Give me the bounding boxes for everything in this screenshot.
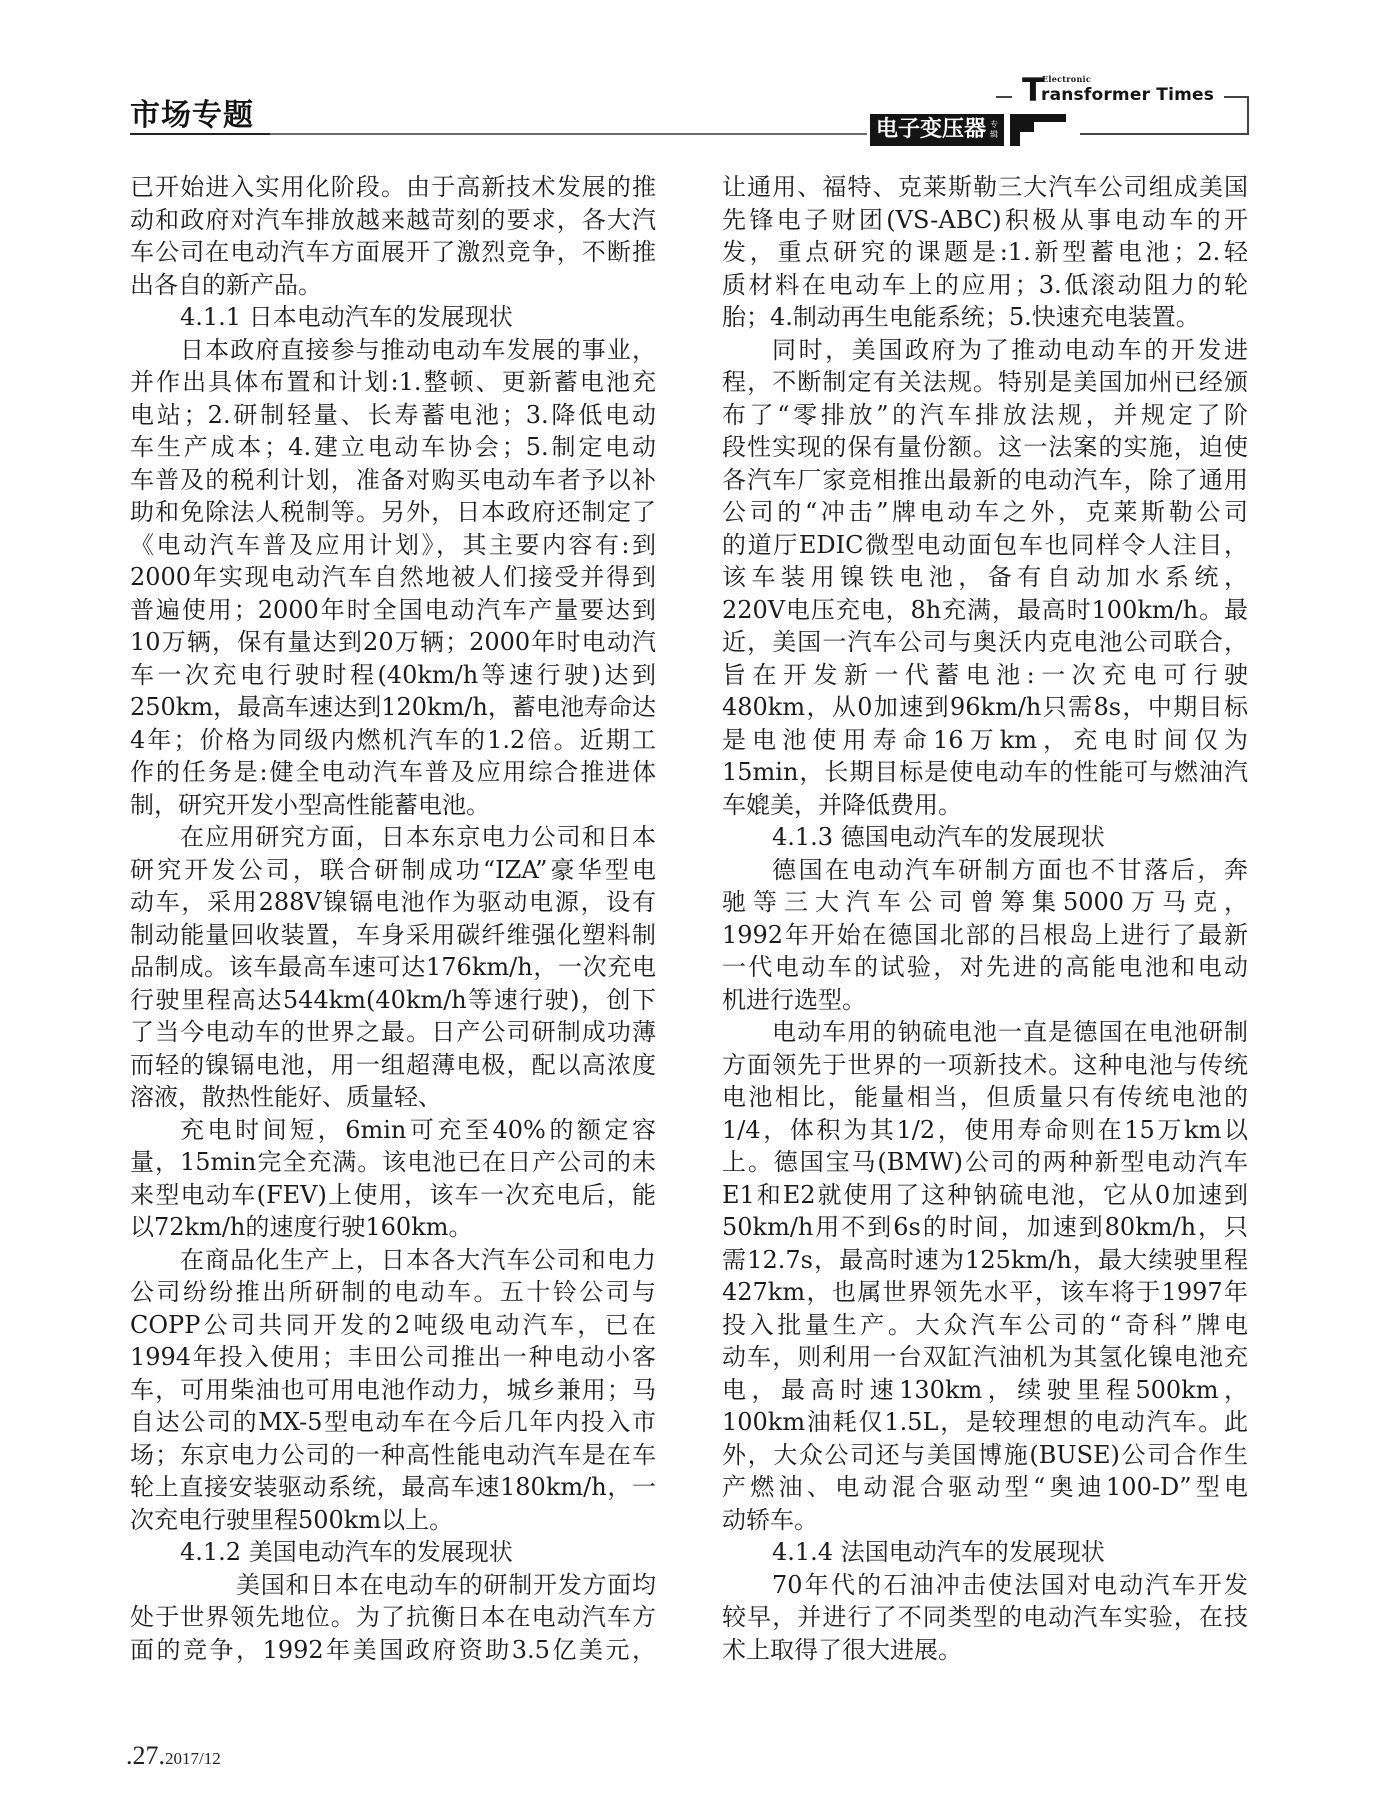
- section-heading: 4.1.3 德国电动汽车的发展现状: [722, 821, 1248, 854]
- brand-dash: [996, 96, 1012, 98]
- text-line: 面的竞争，1992年美国政府资助3.5亿美元，: [130, 1634, 656, 1667]
- journal-badge: 电子变压器 专 辑: [870, 114, 1004, 146]
- text-line: 先锋电子财团(VS-ABC)积极从事电动车的开: [722, 204, 1248, 237]
- text-line: 来型电动车(FEV)上使用，该车一次充电后，能: [130, 1179, 656, 1212]
- text-line: 近，美国一汽车公司与奥沃内克电池公司联合，: [722, 626, 1248, 659]
- text-line: 10万辆，保有量达到20万辆；2000年时电动汽: [130, 626, 656, 659]
- text-line: 而轻的镍镉电池，用一组超薄电极，配以高浓度: [130, 1049, 656, 1082]
- badge-step-decoration: [1010, 114, 1066, 122]
- text-line: 250km，最高车速达到120km/h，蓄电池寿命达: [130, 691, 656, 724]
- text-line: 胎；4.制动再生电能系统；5.快速充电装置。: [722, 301, 1248, 334]
- text-line: 车媲美，并降低费用。: [722, 789, 1248, 822]
- badge-subtext-char: 专: [990, 120, 998, 130]
- text-line: 投入批量生产。大众汽车公司的“奇科”牌电: [722, 1309, 1248, 1342]
- journal-badge-subtext: 专 辑: [988, 114, 1004, 146]
- text-line: 同时，美国政府为了推动电动车的开发进: [722, 334, 1248, 367]
- text-line: 行驶里程高达544km(40km/h等速行驶)，创下: [130, 984, 656, 1017]
- text-line: 自达公司的MX-5型电动车在今后几年内投入市: [130, 1406, 656, 1439]
- text-line: 电动车用的钠硫电池一直是德国在电池研制: [722, 1016, 1248, 1049]
- text-line: 轮上直接安装驱动系统，最高车速180km/h，一: [130, 1471, 656, 1504]
- text-line: 在应用研究方面，日本东京电力公司和日本: [130, 821, 656, 854]
- text-line: 在商品化生产上，日本各大汽车公司和电力: [130, 1244, 656, 1277]
- text-line: 处于世界领先地位。为了抗衡日本在电动汽车方: [130, 1601, 656, 1634]
- text-line: 100km油耗仅1.5L，是较理想的电动汽车。此: [722, 1406, 1248, 1439]
- text-line: 作的任务是:健全电动汽车普及应用综合推进体: [130, 756, 656, 789]
- text-line: 产燃油、电动混合驱动型“奥迪100-D”型电: [722, 1471, 1248, 1504]
- text-line: E1和E2就使用了这种钠硫电池，它从0加速到: [722, 1179, 1248, 1212]
- text-line: 充电时间短，6min可充至40%的额定容: [130, 1114, 656, 1147]
- text-line: 质材料在电动车上的应用；3.低滚动阻力的轮: [722, 269, 1248, 302]
- header-bracket-top: [1224, 96, 1249, 98]
- text-line: 德国在电动汽车研制方面也不甘落后，奔: [722, 854, 1248, 887]
- text-line: 220V电压充电，8h充满，最高时100km/h。最: [722, 594, 1248, 627]
- page-footer: .27.2017/12: [126, 1741, 221, 1771]
- text-line: 电池相比，能量相当，但质量只有传统电池的: [722, 1081, 1248, 1114]
- text-line: 15min，长期目标是使电动车的性能可与燃油汽: [722, 756, 1248, 789]
- text-line: 制，研究开发小型高性能蓄电池。: [130, 789, 656, 822]
- badge-step-decoration: [1010, 132, 1020, 146]
- text-line: 动和政府对汽车排放越来越苛刻的要求，各大汽: [130, 204, 656, 237]
- text-line: 车普及的税利计划，准备对购买电动车者予以补: [130, 464, 656, 497]
- page-number: .27.: [126, 1741, 165, 1770]
- text-line: 1992年开始在德国北部的吕根岛上进行了最新: [722, 919, 1248, 952]
- text-line: 动车，采用288V镍镉电池作为驱动电源，设有: [130, 886, 656, 919]
- text-line: 布了“零排放”的汽车排放法规，并规定了阶: [722, 399, 1248, 432]
- header-bracket: [1247, 96, 1249, 135]
- text-line: 车公司在电动汽车方面展开了激烈竞争，不断推: [130, 236, 656, 269]
- text-line: 外，大众公司还与美国博施(BUSE)公司合作生: [722, 1439, 1248, 1472]
- header-rule-right: [1080, 133, 1249, 135]
- badge-subtext-char: 辑: [990, 130, 998, 140]
- text-line: 1/4，体积为其1/2，使用寿命则在15万km以: [722, 1114, 1248, 1147]
- text-line: 助和免除法人税制等。另外，日本政府还制定了: [130, 496, 656, 529]
- text-line: 动轿车。: [722, 1504, 1248, 1537]
- text-line: 并作出具体布置和计划:1.整顿、更新蓄电池充: [130, 366, 656, 399]
- section-heading: 4.1.4 法国电动汽车的发展现状: [722, 1536, 1248, 1569]
- text-line: 需12.7s，最高时速为125km/h，最大续驶里程: [722, 1244, 1248, 1277]
- text-line: 2000年实现电动汽车自然地被人们接受并得到: [130, 561, 656, 594]
- text-line: 是电池使用寿命16万km，充电时间仅为: [722, 724, 1248, 757]
- text-line: 驰等三大汽车公司曾筹集5000万马克，: [722, 886, 1248, 919]
- text-line: 已开始进入实用化阶段。由于高新技术发展的推: [130, 171, 656, 204]
- text-line: 电，最高时速130km，续驶里程500km，: [722, 1374, 1248, 1407]
- text-line: 上。德国宝马(BMW)公司的两种新型电动汽车: [722, 1146, 1248, 1179]
- text-line: 品制成。该车最高车速可达176km/h，一次充电: [130, 951, 656, 984]
- text-line: 发，重点研究的课题是:1.新型蓄电池；2.轻: [722, 236, 1248, 269]
- text-line: 了当今电动车的世界之最。日产公司研制成功薄: [130, 1016, 656, 1049]
- article-column-left: 已开始进入实用化阶段。由于高新技术发展的推动和政府对汽车排放越来越苛刻的要求，各…: [130, 171, 656, 1666]
- text-line: 旨在开发新一代蓄电池:一次充电可行驶: [722, 659, 1248, 692]
- text-line: 公司的“冲击”牌电动车之外，克莱斯勒公司: [722, 496, 1248, 529]
- text-line: 出各自的新产品。: [130, 269, 656, 302]
- text-line: 场；东京电力公司的一种高性能电动汽车是在车: [130, 1439, 656, 1472]
- text-line: 以72km/h的速度行驶160km。: [130, 1211, 656, 1244]
- section-heading: 4.1.1 日本电动汽车的发展现状: [130, 301, 656, 334]
- text-line: 一代电动车的试验，对先进的高能电池和电动: [722, 951, 1248, 984]
- text-line: 1994年投入使用；丰田公司推出一种电动小客: [130, 1341, 656, 1374]
- section-heading: 4.1.2 美国电动汽车的发展现状: [130, 1536, 656, 1569]
- text-line: 方面领先于世界的一项新技术。这种电池与传统: [722, 1049, 1248, 1082]
- text-line: 日本政府直接参与推动电动车发展的事业，: [130, 334, 656, 367]
- text-line: 程，不断制定有关法规。特别是美国加州已经颁: [722, 366, 1248, 399]
- text-line: 量，15min完全充满。该电池已在日产公司的未: [130, 1146, 656, 1179]
- section-title: 市场专题: [130, 100, 254, 132]
- text-line: 该车装用镍铁电池，备有自动加水系统，: [722, 561, 1248, 594]
- text-line: 4年；价格为同级内燃机汽车的1.2倍。近期工: [130, 724, 656, 757]
- text-line: 研究开发公司，联合研制成功“IZA”豪华型电: [130, 854, 656, 887]
- text-line: 车，可用柴油也可用电池作动力，城乡兼用；马: [130, 1374, 656, 1407]
- text-line: 480km，从0加速到96km/h只需8s，中期目标: [722, 691, 1248, 724]
- text-line: 70年代的石油冲击使法国对电动汽车开发: [722, 1569, 1248, 1602]
- brand-main-text: ransformer Times: [1041, 84, 1214, 106]
- text-line: 动车，则利用一台双缸汽油机为其氢化镍电池充: [722, 1341, 1248, 1374]
- text-line: 50km/h用不到6s的时间，加速到80km/h，只: [722, 1211, 1248, 1244]
- text-line: 电站；2.研制轻量、长寿蓄电池；3.降低电动: [130, 399, 656, 432]
- text-line: 溶液，散热性能好、质量轻、: [130, 1081, 656, 1114]
- text-line: 的道厅EDIC微型电动面包车也同样令人注目，: [722, 529, 1248, 562]
- text-line: 公司纷纷推出所研制的电动车。五十铃公司与: [130, 1276, 656, 1309]
- text-line: 段性实现的保有量份额。这一法案的实施，迫使: [722, 431, 1248, 464]
- text-line: 让通用、福特、克莱斯勒三大汽车公司组成美国: [722, 171, 1248, 204]
- header-rule-accent: [130, 133, 270, 135]
- text-line: 普遍使用；2000年时全国电动汽车产量要达到: [130, 594, 656, 627]
- text-line: 车一次充电行驶时程(40km/h等速行驶)达到: [130, 659, 656, 692]
- text-line: 术上取得了很大进展。: [722, 1634, 1248, 1667]
- issue-date: 2017/12: [165, 1749, 221, 1768]
- badge-step-decoration: [1010, 122, 1034, 132]
- text-line: 次充电行驶里程500km以上。: [130, 1504, 656, 1537]
- text-line: 各汽车厂家竞相推出最新的电动汽车，除了通用: [722, 464, 1248, 497]
- text-line: 《电动汽车普及应用计划》，其主要内容有:到: [130, 529, 656, 562]
- article-column-right: 让通用、福特、克莱斯勒三大汽车公司组成美国先锋电子财团(VS-ABC)积极从事电…: [722, 171, 1248, 1666]
- text-line: COPP公司共同开发的2吨级电动汽车，已在: [130, 1309, 656, 1342]
- text-line: 427km，也属世界领先水平，该车将于1997年: [722, 1276, 1248, 1309]
- text-line: 美国和日本在电动车的研制开发方面均: [130, 1569, 656, 1602]
- text-line: 制动能量回收装置，车身采用碳纤维强化塑料制: [130, 919, 656, 952]
- text-line: 车生产成本；4.建立电动车协会；5.制定电动: [130, 431, 656, 464]
- text-line: 较早，并进行了不同类型的电动汽车实验，在技: [722, 1601, 1248, 1634]
- brand-small-text: Electronic: [1042, 74, 1091, 84]
- journal-badge-text: 电子变压器: [870, 114, 988, 146]
- text-line: 机进行选型。: [722, 984, 1248, 1017]
